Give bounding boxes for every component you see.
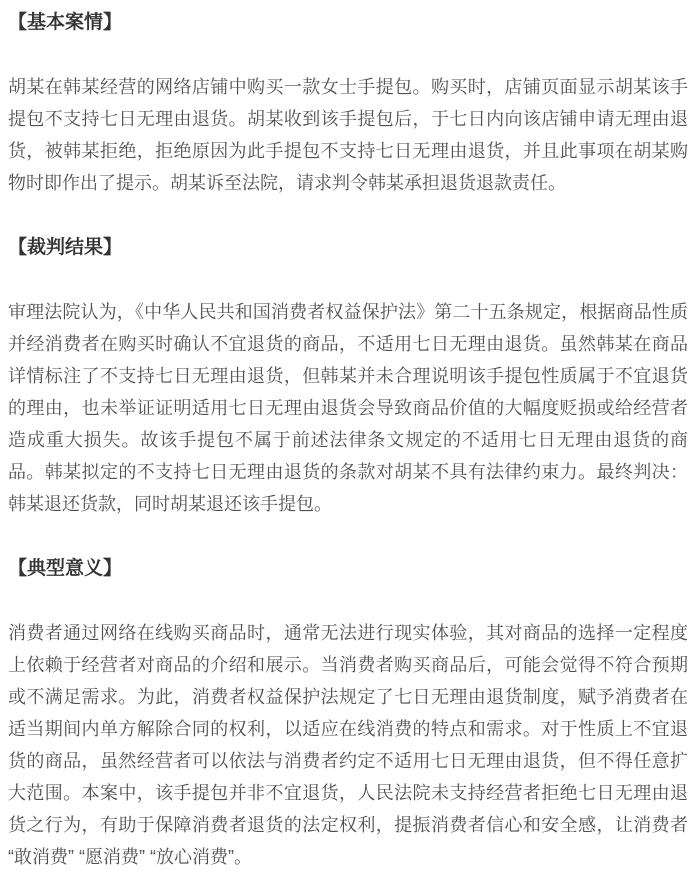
- section-basic-facts: 【基本案情】 胡某在韩某经营的网络店铺中购买一款女士手提包。购买时，店铺页面显示…: [8, 10, 688, 199]
- section-body-judgment-result: 审理法院认为，《中华人民共和国消费者权益保护法》第二十五条规定，根据商品性质并经…: [8, 296, 688, 520]
- section-title-judgment-result: 【裁判结果】: [8, 235, 688, 260]
- section-body-basic-facts: 胡某在韩某经营的网络店铺中购买一款女士手提包。购买时，店铺页面显示胡某该手提包不…: [8, 71, 688, 199]
- section-typical-significance: 【典型意义】 消费者通过网络在线购买商品时，通常无法进行现实体验，其对商品的选择…: [8, 556, 688, 871]
- section-body-typical-significance: 消费者通过网络在线购买商品时，通常无法进行现实体验，其对商品的选择一定程度上依赖…: [8, 617, 688, 871]
- section-title-basic-facts: 【基本案情】: [8, 10, 688, 35]
- legal-case-document: 【基本案情】 胡某在韩某经营的网络店铺中购买一款女士手提包。购买时，店铺页面显示…: [0, 0, 699, 871]
- section-judgment-result: 【裁判结果】 审理法院认为，《中华人民共和国消费者权益保护法》第二十五条规定，根…: [8, 235, 688, 520]
- section-title-typical-significance: 【典型意义】: [8, 556, 688, 581]
